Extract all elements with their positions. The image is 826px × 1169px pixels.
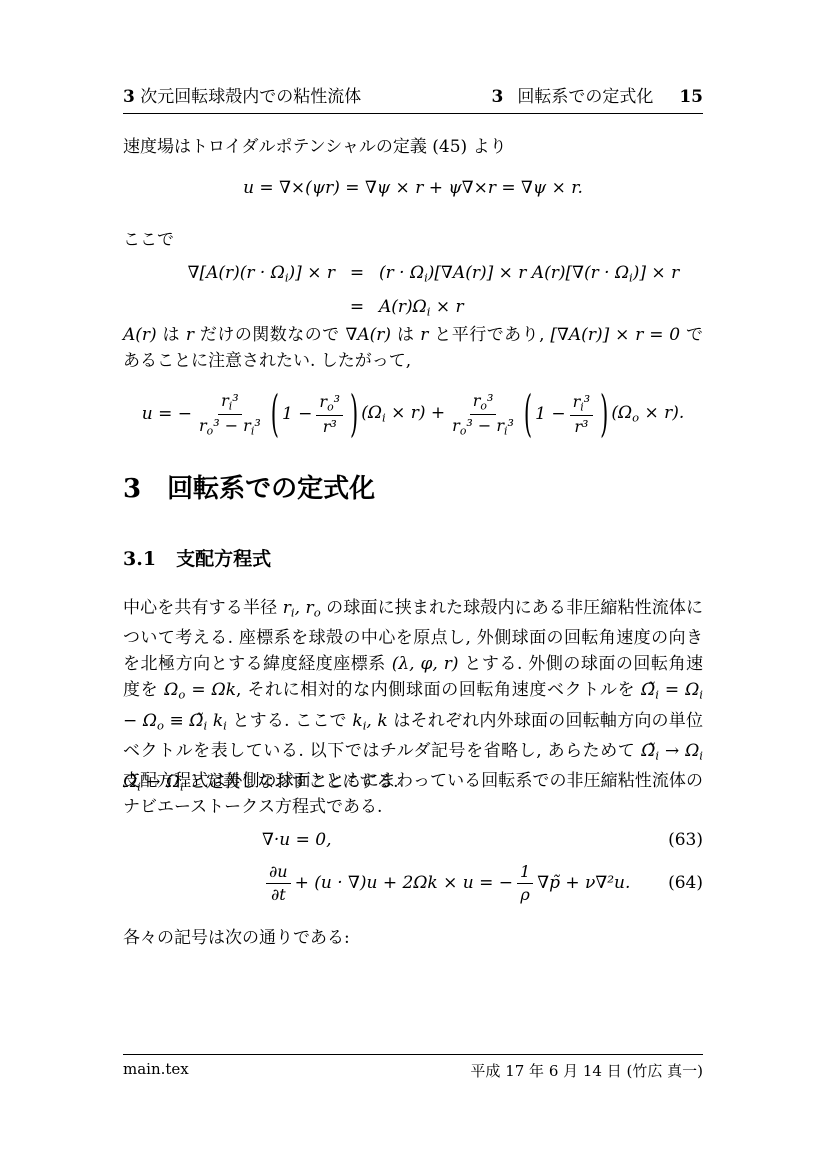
kokode-paragraph: ここで — [123, 227, 703, 253]
gradient-eq-row1-lhs: ∇[A(r)(r · Ωi)] × r — [150, 258, 335, 292]
fraction-denominator: ρ — [517, 884, 532, 904]
fraction-denominator: ro³ − ri³ — [449, 415, 517, 437]
section-title: 回転系での定式化 — [167, 468, 375, 505]
document-page: 3 次元回転球殻内での粘性流体 3 回転系での定式化 15 速度場はトロイダルポ… — [0, 0, 826, 1169]
u-eq-inner2: 1 − — [535, 404, 565, 424]
governing-equations: ∇·u = 0, (63) ∂u ∂t + (u · ∇)u + 2Ωk × u… — [123, 826, 703, 912]
fraction-numerator: ri³ — [218, 391, 242, 414]
intro-paragraph: 速度場はトロイダルポテンシャルの定義 (45) より — [123, 134, 703, 160]
running-title: 3 次元回転球殻内での粘性流体 — [123, 82, 361, 107]
fraction-numerator: ro³ — [470, 391, 497, 414]
u-eq-mid: (Ωi × r) + — [361, 403, 445, 424]
big-paren-open: ( — [524, 386, 532, 442]
velocity-equation: u = ∇×(ψr) = ∇ψ × r + ψ∇×r = ∇ψ × r. — [123, 178, 703, 198]
u-eq-fraction-2: ro³ r³ — [316, 392, 343, 435]
big-paren-close: ) — [600, 386, 608, 442]
big-paren-close: ) — [350, 386, 358, 442]
u-eq-prefix: u = − — [142, 404, 192, 424]
equation-64-mid: + (u · ∇)u + 2Ωk × u = − — [295, 873, 513, 893]
gradient-equation-row1: ∇[A(r)(r · Ωi)] × r = (r · Ωi)[∇A(r)] × … — [150, 258, 703, 292]
running-title-number: 3 — [123, 87, 135, 107]
running-title-text: 次元回転球殻内での粘性流体 — [140, 87, 361, 107]
fraction-numerator: 1 — [517, 862, 533, 883]
parallel-paragraph: A(r) は r だけの関数なので ∇A(r) は r と平行であり, [∇A(… — [123, 322, 703, 374]
u-eq-fraction-1: ri³ ro³ − ri³ — [196, 391, 264, 437]
symbols-paragraph: 各々の記号は次の通りである: — [123, 925, 703, 951]
page-header: 3 次元回転球殻内での粘性流体 3 回転系での定式化 15 — [123, 82, 703, 114]
header-right: 3 回転系での定式化 15 — [491, 82, 703, 107]
gradient-eq-row1-rhs: (r · Ωi)[∇A(r)] × r A(r)[∇(r · Ωi)] × r — [379, 258, 703, 292]
page-footer: main.tex 平成 17 年 6 月 14 日 (竹広 真一) — [123, 1054, 703, 1081]
big-paren-open: ( — [271, 386, 279, 442]
section-heading: 3 回転系での定式化 — [123, 468, 703, 505]
velocity-equation-body: u = ∇×(ψr) = ∇ψ × r + ψ∇×r = ∇ψ × r. — [243, 178, 583, 198]
section-number: 3 — [123, 474, 141, 504]
time-derivative-fraction: ∂u ∂t — [266, 862, 291, 903]
u-eq-fraction-3: ro³ ro³ − ri³ — [449, 391, 517, 437]
u-eq-fraction-4: ri³ r³ — [570, 392, 594, 435]
equation-63: ∇·u = 0, (63) — [123, 826, 703, 854]
equation-63-body: ∇·u = 0, — [262, 830, 332, 850]
fraction-denominator: ∂t — [268, 884, 289, 904]
equation-64-tag: (64) — [668, 873, 703, 893]
equation-63-tag: (63) — [668, 830, 703, 850]
fraction-denominator: ro³ − ri³ — [196, 415, 264, 437]
equation-64: ∂u ∂t + (u · ∇)u + 2Ωk × u = − 1 ρ ∇p̃ +… — [123, 854, 703, 912]
u-eq-inner1: 1 − — [282, 404, 312, 424]
equation-64-suffix: ∇p̃ + ν∇²u. — [537, 873, 630, 893]
equals-sign: = — [335, 258, 379, 292]
footer-date-author: 平成 17 年 6 月 14 日 (竹広 真一) — [470, 1060, 703, 1081]
fraction-denominator: r³ — [320, 416, 340, 436]
u-eq-suffix: (Ωo × r). — [611, 403, 684, 424]
header-section-number: 3 — [491, 87, 503, 107]
subsection-heading: 3.1 支配方程式 — [123, 544, 703, 571]
fraction-numerator: ri³ — [570, 392, 594, 415]
u-solution-equation: u = − ri³ ro³ − ri³ ( 1 − ro³ r³ ) (Ωi ×… — [123, 383, 703, 445]
main-paragraph-2: 支配方程式は外側の球面とともにまわっている回転系での非圧縮粘性流体のナビエースト… — [123, 768, 703, 820]
equation-64-body: ∂u ∂t + (u · ∇)u + 2Ωk × u = − 1 ρ ∇p̃ +… — [262, 862, 630, 903]
density-fraction: 1 ρ — [517, 862, 533, 903]
fraction-numerator: ∂u — [266, 862, 291, 883]
fraction-numerator: ro³ — [316, 392, 343, 415]
fraction-denominator: r³ — [571, 416, 591, 436]
gradient-equation: ∇[A(r)(r · Ωi)] × r = (r · Ωi)[∇A(r)] × … — [150, 258, 703, 327]
subsection-number: 3.1 — [123, 548, 156, 570]
header-section-title: 回転系での定式化 — [517, 82, 653, 107]
page-number: 15 — [679, 87, 703, 107]
subsection-title: 支配方程式 — [176, 544, 271, 571]
footer-filename: main.tex — [123, 1060, 189, 1081]
